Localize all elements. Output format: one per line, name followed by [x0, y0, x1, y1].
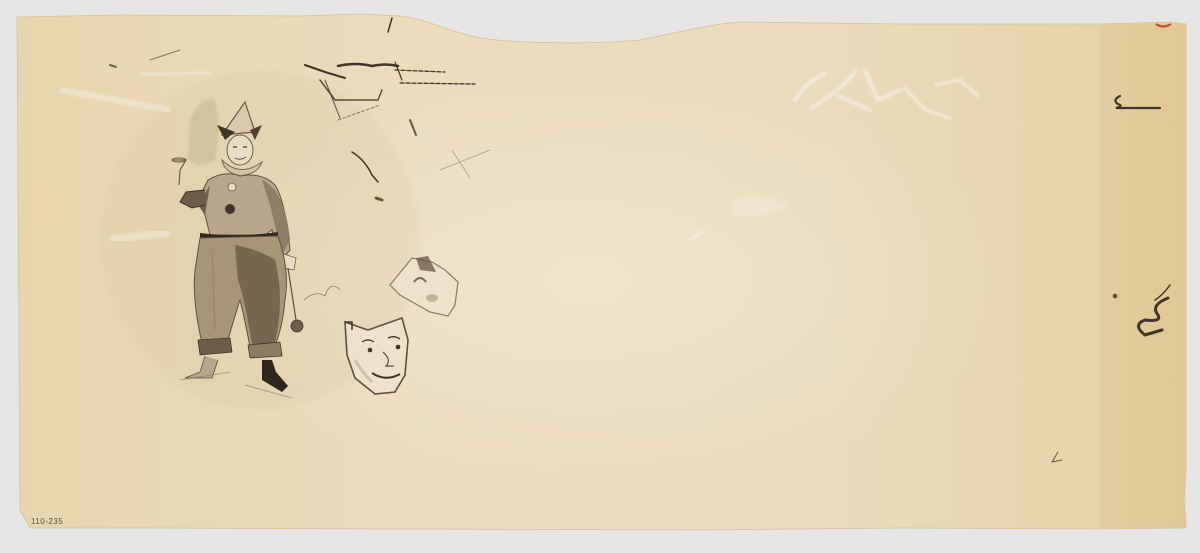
top-white-streak [140, 72, 210, 75]
cuff-right [248, 342, 282, 358]
right-edge-stain [1100, 24, 1186, 528]
inventory-number: 110-235 [31, 517, 63, 526]
pompom-top [228, 183, 236, 191]
mask-eye-left [368, 348, 373, 353]
pompom-middle [225, 204, 235, 214]
tilted-mask-cheek [426, 294, 438, 302]
mask-eye-right [396, 345, 401, 350]
artwork-canvas [0, 0, 1200, 553]
cuff-left [198, 338, 232, 355]
ink-spot-right [1113, 294, 1118, 299]
clown-face [227, 135, 253, 165]
marotte-head [291, 320, 303, 332]
artwork-stage: 110-235 [0, 0, 1200, 553]
